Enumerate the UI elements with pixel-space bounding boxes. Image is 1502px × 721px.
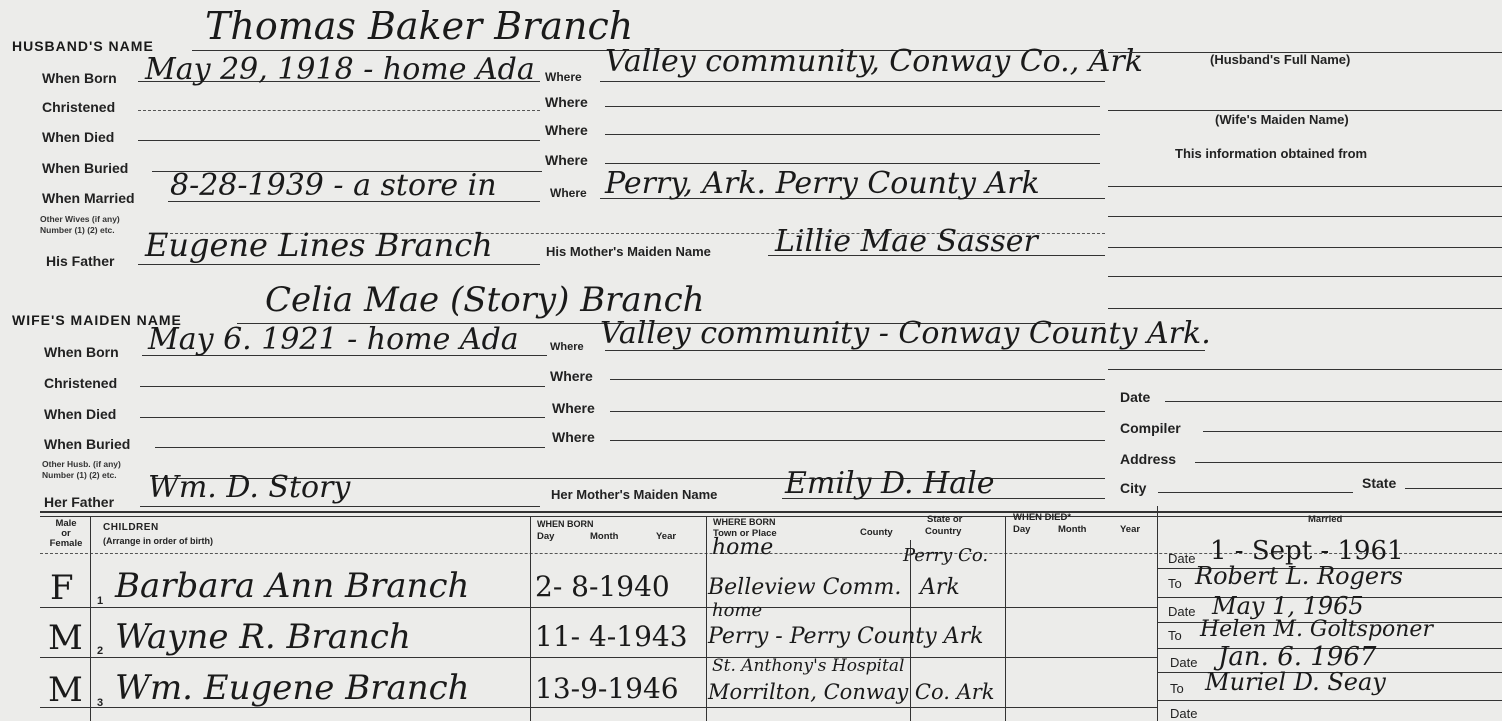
header-when-born: WHEN BORN xyxy=(537,518,594,530)
husband-mother-value[interactable]: Lillie Mae Sasser xyxy=(775,224,1038,259)
child-town-note[interactable]: St. Anthony's Hospital xyxy=(712,656,904,676)
header-state-1: State or xyxy=(927,514,962,526)
husband-married-value[interactable]: 8-28-1939 - a store in xyxy=(170,168,497,203)
child-sex[interactable]: F xyxy=(50,568,74,608)
married-date-label: Date xyxy=(1168,604,1195,619)
husband-name-value[interactable]: Thomas Baker Branch xyxy=(205,4,633,48)
header-born-month: Month xyxy=(590,531,619,543)
wife-buried-where-label: Where xyxy=(552,429,595,445)
header-sex: Male or Female xyxy=(44,519,88,549)
wife-mother-value[interactable]: Emily D. Hale xyxy=(785,466,994,501)
married-date[interactable]: May 1, 1965 xyxy=(1212,592,1364,620)
married-to-label: To xyxy=(1168,576,1182,591)
child-town-note[interactable]: home xyxy=(712,600,762,621)
header-born-year: Year xyxy=(656,531,676,543)
husband-name-label: HUSBAND'S NAME xyxy=(12,38,154,54)
child-born-date[interactable]: 11- 4-1943 xyxy=(535,620,688,653)
husband-born-value[interactable]: May 29, 1918 - home Ada xyxy=(145,52,535,87)
wife-other-husb-label-2: Number (1) (2) etc. xyxy=(42,471,117,480)
header-where-born: WHERE BORN xyxy=(713,516,776,528)
wife-mother-label: Her Mother's Maiden Name xyxy=(551,487,717,502)
child-born-date[interactable]: 2- 8-1940 xyxy=(535,570,670,603)
husband-born-where-label: Where xyxy=(545,70,582,84)
header-county: County xyxy=(860,527,893,539)
husband-mother-label: His Mother's Maiden Name xyxy=(546,244,711,259)
husband-buried-where-label: Where xyxy=(545,152,588,168)
wife-born-label: When Born xyxy=(44,344,119,360)
married-to[interactable]: Helen M. Goltsponer xyxy=(1200,617,1433,642)
married-to-label: To xyxy=(1168,628,1182,643)
header-sex-line-3: Female xyxy=(44,539,88,549)
child-name[interactable]: Wayne R. Branch xyxy=(115,617,411,657)
wife-father-label: Her Father xyxy=(44,494,114,510)
married-to-label: To xyxy=(1170,681,1184,696)
child-town[interactable]: Morrilton, Conway Co. Ark xyxy=(708,680,995,704)
address-label: Address xyxy=(1120,451,1176,467)
husband-died-label: When Died xyxy=(42,129,114,145)
child-town[interactable]: Belleview Comm. xyxy=(708,575,901,600)
wife-father-value[interactable]: Wm. D. Story xyxy=(148,470,350,505)
wife-other-husb-label-1: Other Husb. (if any) xyxy=(42,460,121,469)
husband-other-wives-label-2: Number (1) (2) etc. xyxy=(40,226,115,235)
husband-father-value[interactable]: Eugene Lines Branch xyxy=(145,226,493,264)
header-died-month: Month xyxy=(1058,524,1087,536)
husband-born-label: When Born xyxy=(42,70,117,86)
header-married: Married xyxy=(1308,514,1342,526)
state-label: State xyxy=(1362,475,1396,491)
husband-christened-label: Christened xyxy=(42,99,115,115)
married-to[interactable]: Robert L. Rogers xyxy=(1195,562,1403,590)
wife-died-where-label: Where xyxy=(552,400,595,416)
married-date-label: Date xyxy=(1168,551,1195,566)
husband-died-where-label: Where xyxy=(545,122,588,138)
child-name[interactable]: Wm. Eugene Branch xyxy=(115,668,470,708)
header-died-day: Day xyxy=(1013,524,1030,536)
child-sex[interactable]: M xyxy=(48,670,83,710)
husband-other-wives-label-1: Other Wives (if any) xyxy=(40,215,120,224)
husband-full-name-caption: (Husband's Full Name) xyxy=(1210,52,1350,67)
husband-father-label: His Father xyxy=(46,253,114,269)
child-number: 3 xyxy=(97,697,103,709)
child-number: 1 xyxy=(97,595,103,607)
child-state[interactable]: Ark xyxy=(920,575,960,600)
child-number: 2 xyxy=(97,645,103,657)
wife-born-value[interactable]: May 6. 1921 - home Ada xyxy=(148,322,519,357)
header-when-died: WHEN DIED* xyxy=(1013,512,1071,524)
husband-married-label: When Married xyxy=(42,190,135,206)
header-died-year: Year xyxy=(1120,524,1140,536)
husband-buried-label: When Buried xyxy=(42,160,128,176)
wife-died-label: When Died xyxy=(44,406,116,422)
child-town[interactable]: Perry - Perry County Ark xyxy=(708,624,983,649)
child-county-note[interactable]: Perry Co. xyxy=(903,545,988,566)
child-name[interactable]: Barbara Ann Branch xyxy=(115,566,469,606)
header-born-day: Day xyxy=(537,531,554,543)
married-to[interactable]: Muriel D. Seay xyxy=(1205,668,1386,696)
compiler-label: Compiler xyxy=(1120,420,1181,436)
married-date-label: Date xyxy=(1170,655,1197,670)
child-sex[interactable]: M xyxy=(48,618,83,658)
wife-christened-label: Christened xyxy=(44,375,117,391)
info-obtained-label: This information obtained from xyxy=(1175,146,1367,161)
wife-born-where-label: Where xyxy=(550,341,584,353)
date-label: Date xyxy=(1120,389,1150,405)
header-children: CHILDREN xyxy=(103,522,159,534)
wife-christened-where-label: Where xyxy=(550,368,593,384)
husband-married-where-value[interactable]: Perry, Ark. Perry County Ark xyxy=(605,166,1040,201)
header-state-2: Country xyxy=(925,526,961,538)
child-town-note[interactable]: home xyxy=(712,535,773,560)
header-children-sub: (Arrange in order of birth) xyxy=(103,535,213,547)
wife-maiden-name-caption: (Wife's Maiden Name) xyxy=(1215,112,1349,127)
husband-married-where-label: Where xyxy=(550,186,587,200)
wife-name-value[interactable]: Celia Mae (Story) Branch xyxy=(265,280,705,320)
husband-born-where-value[interactable]: Valley community, Conway Co., Ark xyxy=(605,44,1143,79)
wife-born-where-value[interactable]: Valley community - Conway County Ark. xyxy=(600,316,1211,351)
wife-buried-label: When Buried xyxy=(44,436,130,452)
married-date-label: Date xyxy=(1170,706,1197,721)
city-label: City xyxy=(1120,480,1146,496)
husband-christened-where-label: Where xyxy=(545,94,588,110)
child-born-date[interactable]: 13-9-1946 xyxy=(535,672,679,705)
